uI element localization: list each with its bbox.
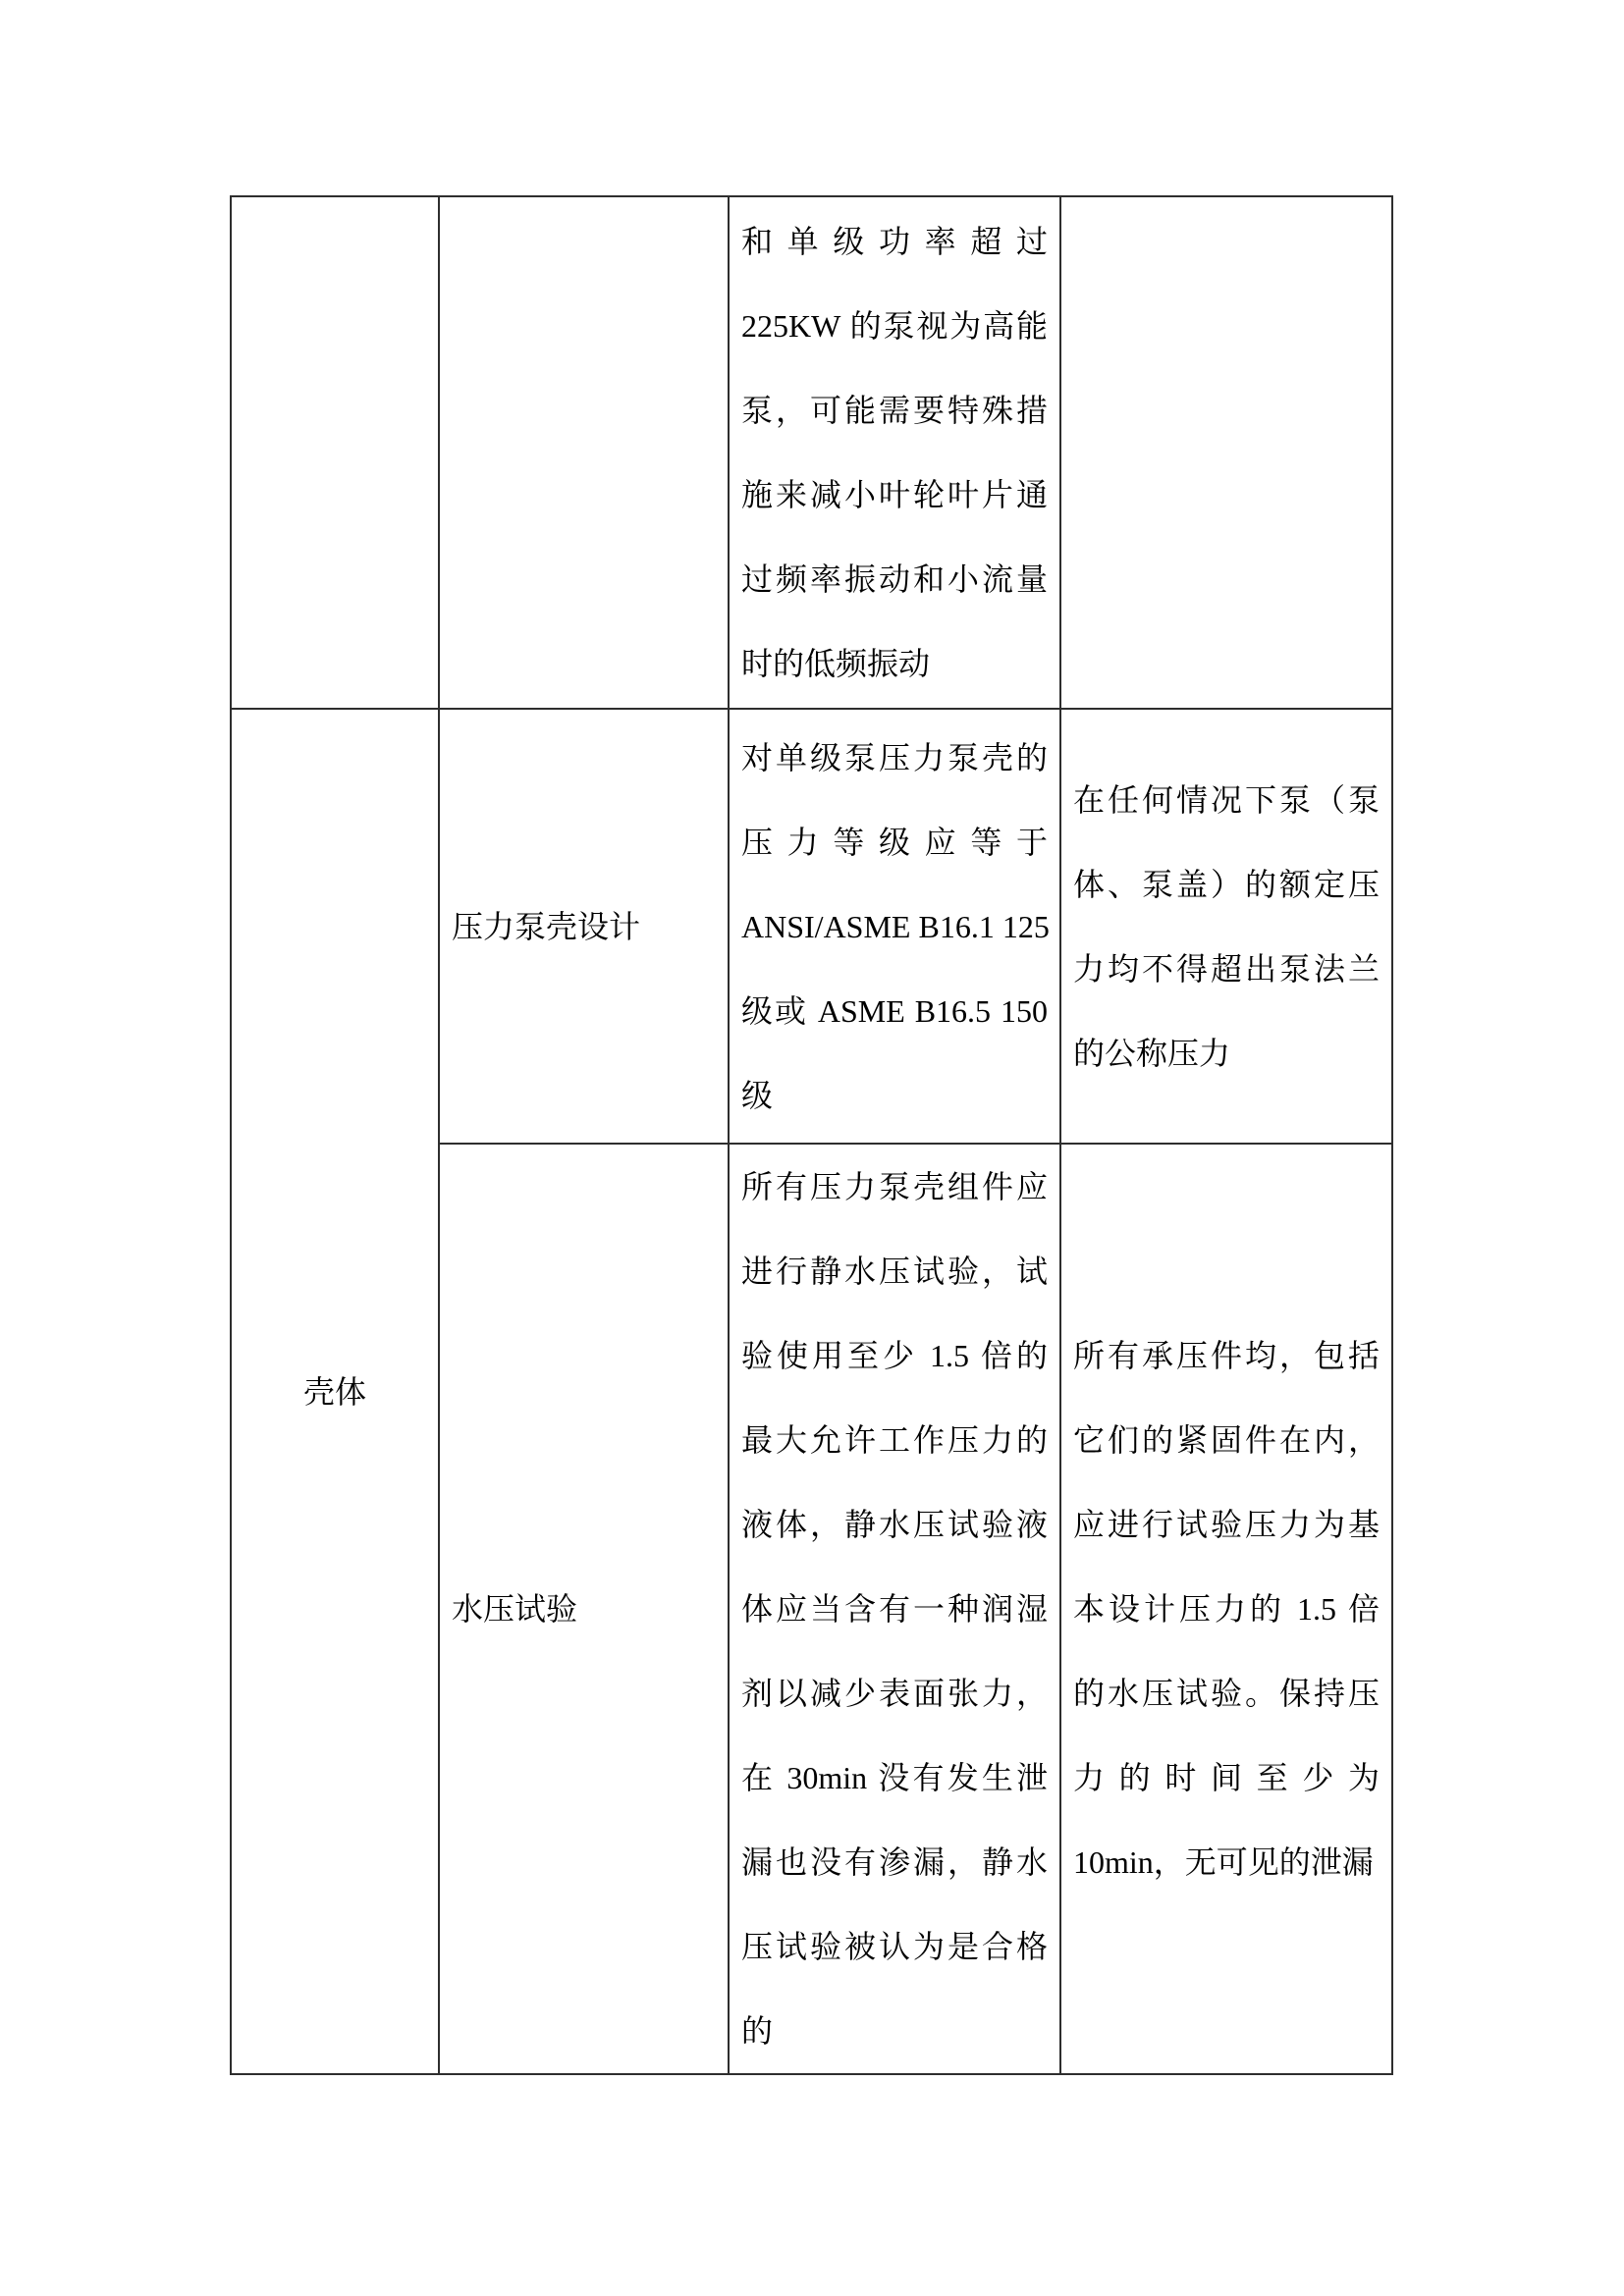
text-line: 验使用至少 1.5 倍的 [741,1313,1048,1398]
text-line: 压力等级应等于 [741,800,1048,884]
text-line: 泵，可能需要特殊措 [741,368,1048,453]
cell-note-pressure-casing-design: 在任何情况下泵（泵体、泵盖）的额定压力均不得超出泵法兰的公称压力 [1060,709,1392,1144]
text-line: 在任何情况下泵（泵 [1073,758,1380,842]
text-line: 它们的紧固件在内， [1073,1398,1380,1482]
text-line: 的 [741,1989,1048,2073]
text-line: 体、泵盖）的额定压 [1073,842,1380,927]
cell-item-empty [439,196,729,709]
pump-spec-table: 和单级功率超过225KW 的泵视为高能泵，可能需要特殊措施来减小叶轮叶片通过频率… [230,195,1393,2075]
table-row-continuation: 和单级功率超过225KW 的泵视为高能泵，可能需要特殊措施来减小叶轮叶片通过频率… [231,196,1392,709]
cell-category-empty [231,196,439,709]
cell-note-hydrostatic-test: 所有承压件均，包括它们的紧固件在内，应进行试验压力为基本设计压力的 1.5 倍的… [1060,1144,1392,2074]
text-line: 的公称压力 [1073,1011,1380,1095]
document-page: 和单级功率超过225KW 的泵视为高能泵，可能需要特殊措施来减小叶轮叶片通过频率… [0,0,1624,2296]
text-line: 漏也没有渗漏，静水 [741,1820,1048,1904]
text-line: 所有压力泵壳组件应 [741,1145,1048,1229]
cell-category-casing: 壳体 [231,709,439,2074]
text-line: 最大允许工作压力的 [741,1398,1048,1482]
text-line: 10min，无可见的泄漏 [1073,1820,1380,1904]
text-line: 力均不得超出泵法兰 [1073,927,1380,1011]
text-line: 225KW 的泵视为高能 [741,284,1048,368]
text-line: 本设计压力的 1.5 倍 [1073,1567,1380,1651]
cell-requirement-continuation: 和单级功率超过225KW 的泵视为高能泵，可能需要特殊措施来减小叶轮叶片通过频率… [729,196,1060,709]
text-line: 级 [741,1053,1048,1138]
text-line: 级或 ASME B16.5 150 [741,969,1048,1053]
text-line: 体应当含有一种润湿 [741,1567,1048,1651]
text-line: 时的低频振动 [741,621,1048,706]
text-line: 过频率振动和小流量 [741,537,1048,621]
table-row-pressure-casing-design: 壳体 压力泵壳设计 对单级泵压力泵壳的压力等级应等于ANSI/ASME B16.… [231,709,1392,1144]
text-line: 剂以减少表面张力， [741,1651,1048,1735]
text-line: 压试验被认为是合格 [741,1904,1048,1989]
cell-requirement-hydrostatic-test: 所有压力泵壳组件应进行静水压试验，试验使用至少 1.5 倍的最大允许工作压力的液… [729,1144,1060,2074]
text-line: 进行静水压试验，试 [741,1229,1048,1313]
text-line: ANSI/ASME B16.1 125 [741,884,1048,969]
text-line: 的水压试验。保持压 [1073,1651,1380,1735]
cell-item-hydrostatic-test: 水压试验 [439,1144,729,2074]
cell-note-empty [1060,196,1392,709]
text-line: 和单级功率超过 [741,199,1048,284]
text-line: 对单级泵压力泵壳的 [741,716,1048,800]
cell-requirement-pressure-casing-design: 对单级泵压力泵壳的压力等级应等于ANSI/ASME B16.1 125级或 AS… [729,709,1060,1144]
cell-item-pressure-casing-design: 压力泵壳设计 [439,709,729,1144]
text-line: 所有承压件均，包括 [1073,1313,1380,1398]
text-line: 应进行试验压力为基 [1073,1482,1380,1567]
text-line: 在 30min 没有发生泄 [741,1735,1048,1820]
text-line: 施来减小叶轮叶片通 [741,453,1048,537]
text-line: 液体，静水压试验液 [741,1482,1048,1567]
text-line: 力的时间至少为 [1073,1735,1380,1820]
